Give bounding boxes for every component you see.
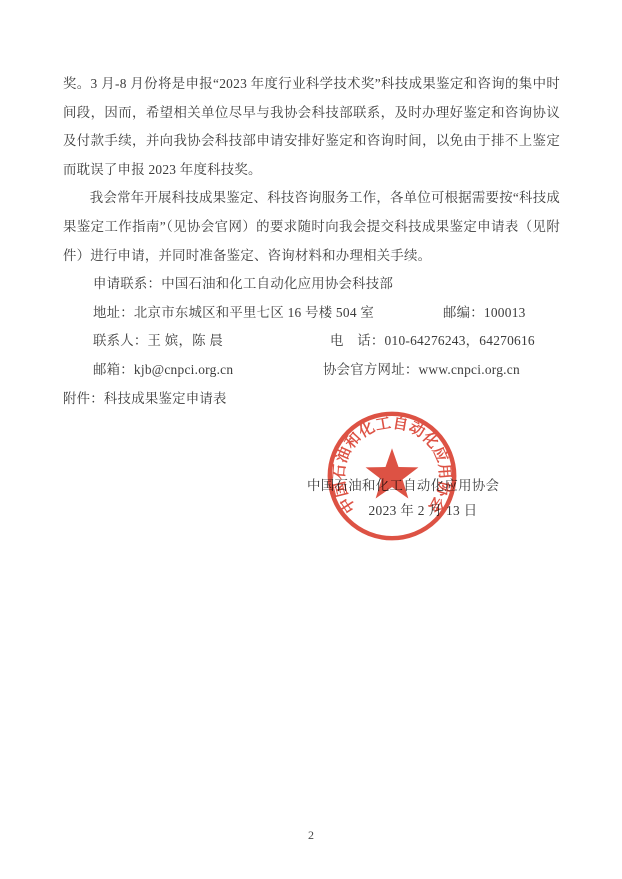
signature-area: 中国石油和化工自动化应用协会 2023 年 2 月 13 日 中国石油和化工自动…	[63, 413, 560, 613]
body-paragraph-1: 奖。3 月-8 月份将是申报“2023 年度行业科学技术奖”科技成果鉴定和咨询的…	[63, 70, 560, 184]
contact-row-apply: 申请联系：中国石油和化工自动化应用协会科技部	[93, 270, 560, 299]
email-text: 邮箱：kjb@cnpci.org.cn	[93, 362, 233, 377]
address-text: 地址：北京市东城区和平里七区 16 号楼 504 室	[93, 305, 374, 320]
document-page: 奖。3 月-8 月份将是申报“2023 年度行业科学技术奖”科技成果鉴定和咨询的…	[0, 0, 622, 879]
contact-row-address: 地址：北京市东城区和平里七区 16 号楼 504 室 邮编：100013	[93, 299, 560, 328]
signature-org-name: 中国石油和化工自动化应用协会	[307, 475, 499, 494]
attachment-line: 附件：科技成果鉴定申请表	[63, 385, 560, 414]
apply-contact-text: 申请联系：中国石油和化工自动化应用协会科技部	[93, 276, 393, 291]
contact-row-person: 联系人：王 嫔，陈 晨 电 话：010-64276243，64270616	[93, 327, 560, 356]
contact-row-email: 邮箱：kjb@cnpci.org.cn 协会官方网址：www.cnpci.org…	[93, 356, 560, 385]
phone-text: 电 话：010-64276243，64270616	[330, 327, 535, 356]
body-paragraph-2: 我会常年开展科技成果鉴定、科技咨询服务工作，各单位可根据需要按“科技成果鉴定工作…	[63, 184, 560, 270]
contact-person-text: 联系人：王 嫔，陈 晨	[93, 333, 223, 348]
signature-date: 2023 年 2 月 13 日	[318, 500, 528, 519]
page-number: 2	[0, 828, 622, 843]
website-text: 协会官方网址：www.cnpci.org.cn	[323, 356, 520, 385]
postcode-text: 邮编：100013	[443, 299, 526, 328]
contact-block: 申请联系：中国石油和化工自动化应用协会科技部 地址：北京市东城区和平里七区 16…	[93, 270, 560, 384]
